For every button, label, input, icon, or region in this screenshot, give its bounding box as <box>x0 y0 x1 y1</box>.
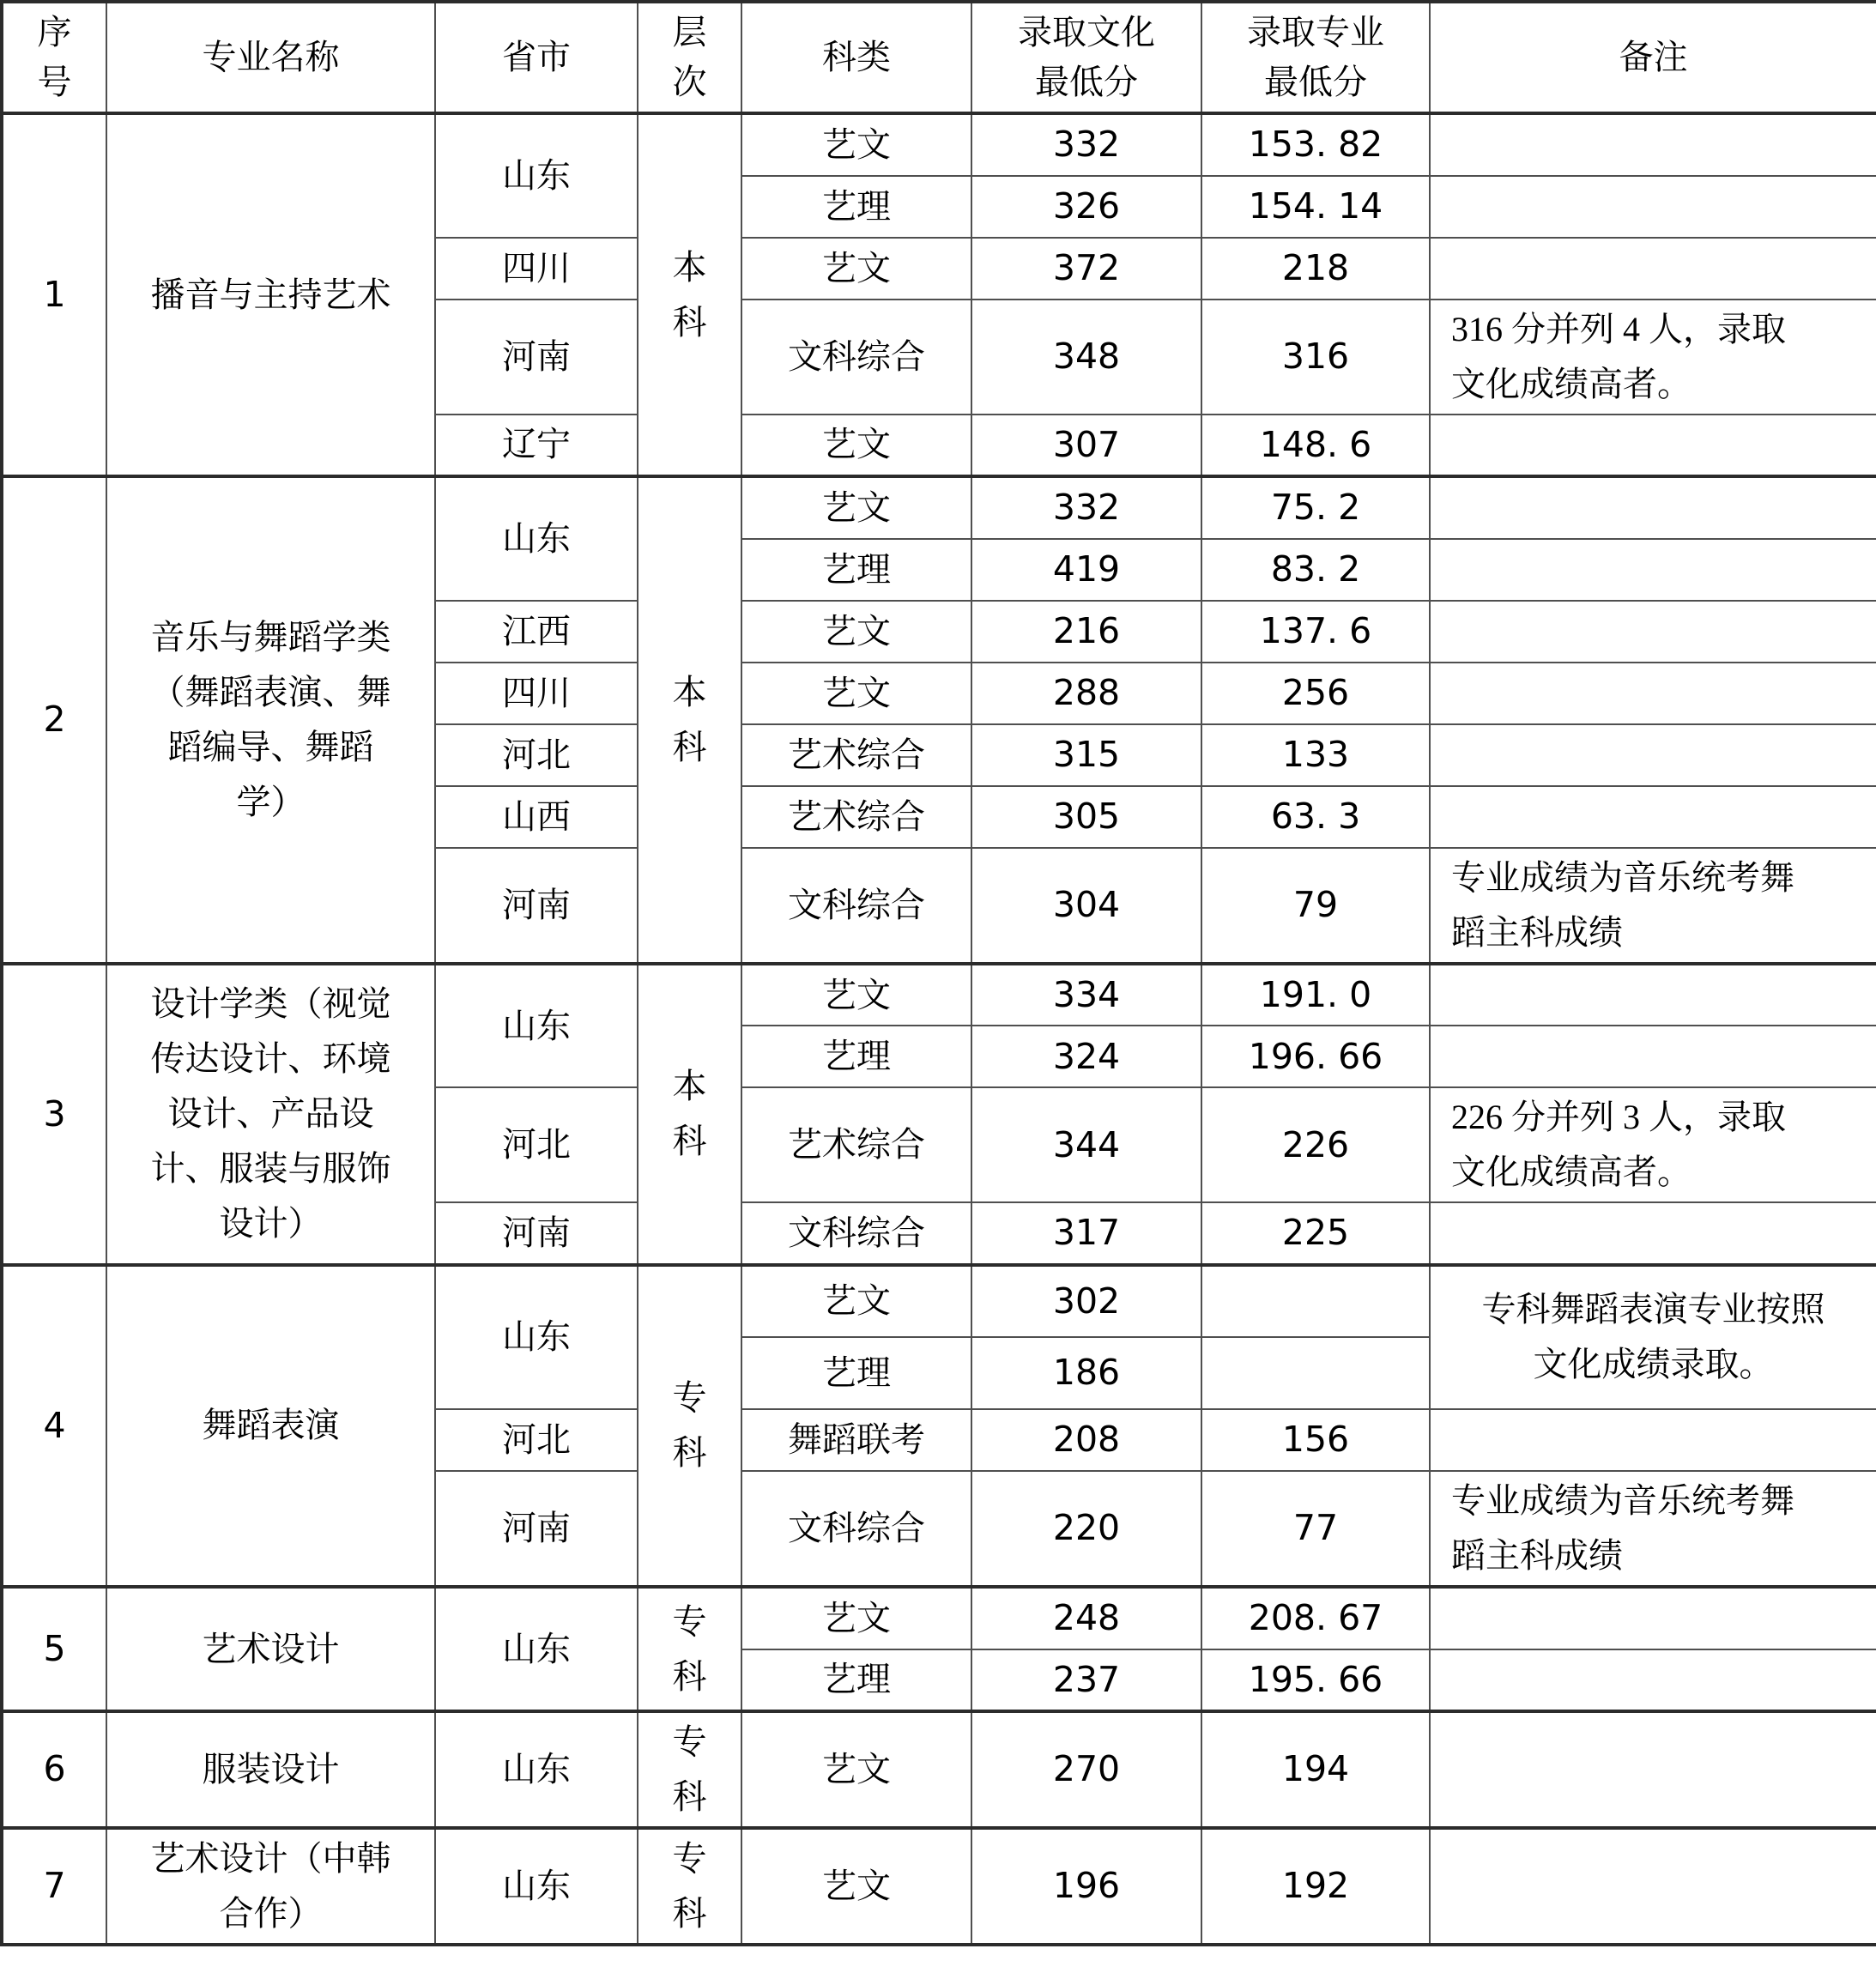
table-row: 2 音乐与舞蹈学类 （舞蹈表演、舞 蹈编导、舞蹈 学） 山东 本 科 艺文 33… <box>2 476 1876 539</box>
major-min-score-cell: 156 <box>1201 1409 1430 1471</box>
remark-cell <box>1430 1202 1876 1265</box>
major-min-score-cell: 208. 67 <box>1201 1587 1430 1649</box>
remark-cell <box>1430 786 1876 848</box>
major-min-score-cell: 316 <box>1201 300 1430 415</box>
subject-category-cell: 艺术综合 <box>741 1087 971 1202</box>
remark-cell <box>1430 964 1876 1026</box>
table-header-row: 序 号 专业名称 省市 层 次 科类 录取文化 最低分 录取专业 最低分 备注 <box>2 2 1876 113</box>
culture-min-score-cell: 326 <box>971 176 1201 238</box>
culture-min-score-cell: 305 <box>971 786 1201 848</box>
level-cell: 本 科 <box>638 476 741 964</box>
remark-cell <box>1430 176 1876 238</box>
major-min-score-cell: 83. 2 <box>1201 539 1430 601</box>
subject-category-cell: 艺文 <box>741 238 971 300</box>
table-row: 3 设计学类（视觉 传达设计、环境 设计、产品设 计、服装与服饰 设计） 山东 … <box>2 964 1876 1026</box>
subject-category-cell: 艺文 <box>741 1587 971 1649</box>
province-cell: 山东 <box>435 476 638 601</box>
province-cell: 山东 <box>435 1711 638 1828</box>
major-min-score-cell: 79 <box>1201 848 1430 964</box>
remark-cell: 专科舞蹈表演专业按照 文化成绩录取。 <box>1430 1265 1876 1409</box>
subject-category-cell: 艺文 <box>741 113 971 176</box>
major-min-score-cell: 133 <box>1201 724 1430 786</box>
province-cell: 辽宁 <box>435 415 638 477</box>
major-min-score-cell <box>1201 1265 1430 1337</box>
remark-cell <box>1430 1409 1876 1471</box>
province-cell: 山西 <box>435 786 638 848</box>
major-min-score-cell <box>1201 1337 1430 1409</box>
major-min-score-cell: 75. 2 <box>1201 476 1430 539</box>
culture-min-score-cell: 220 <box>971 1471 1201 1587</box>
major-min-score-cell: 63. 3 <box>1201 786 1430 848</box>
seq-cell: 4 <box>2 1265 106 1587</box>
culture-min-score-cell: 419 <box>971 539 1201 601</box>
seq-cell: 2 <box>2 476 106 964</box>
culture-min-score-cell: 196 <box>971 1828 1201 1945</box>
major-min-score-cell: 154. 14 <box>1201 176 1430 238</box>
remark-cell: 专业成绩为音乐统考舞 蹈主科成绩 <box>1430 1471 1876 1587</box>
province-cell: 山东 <box>435 1265 638 1409</box>
province-cell: 江西 <box>435 601 638 663</box>
subject-category-cell: 文科综合 <box>741 1471 971 1587</box>
seq-cell: 3 <box>2 964 106 1265</box>
admission-scores-table: 序 号 专业名称 省市 层 次 科类 录取文化 最低分 录取专业 最低分 备注 … <box>0 0 1876 1946</box>
major-name-cell: 播音与主持艺术 <box>106 113 435 476</box>
major-name-cell: 舞蹈表演 <box>106 1265 435 1587</box>
header-major-min-score: 录取专业 最低分 <box>1201 2 1430 113</box>
remark-cell: 226 分并列 3 人，录取 文化成绩高者。 <box>1430 1087 1876 1202</box>
major-name-cell: 服装设计 <box>106 1711 435 1828</box>
remark-cell <box>1430 113 1876 176</box>
major-min-score-cell: 256 <box>1201 663 1430 724</box>
province-cell: 山东 <box>435 1587 638 1711</box>
major-name-cell: 音乐与舞蹈学类 （舞蹈表演、舞 蹈编导、舞蹈 学） <box>106 476 435 964</box>
province-cell: 河南 <box>435 300 638 415</box>
major-name-cell: 艺术设计（中韩 合作） <box>106 1828 435 1945</box>
remark-cell <box>1430 476 1876 539</box>
level-cell: 本 科 <box>638 113 741 476</box>
level-cell: 本 科 <box>638 964 741 1265</box>
level-cell: 专 科 <box>638 1265 741 1587</box>
major-min-score-cell: 77 <box>1201 1471 1430 1587</box>
major-name-cell: 设计学类（视觉 传达设计、环境 设计、产品设 计、服装与服饰 设计） <box>106 964 435 1265</box>
header-seq: 序 号 <box>2 2 106 113</box>
culture-min-score-cell: 332 <box>971 113 1201 176</box>
remark-cell: 专业成绩为音乐统考舞 蹈主科成绩 <box>1430 848 1876 964</box>
subject-category-cell: 文科综合 <box>741 300 971 415</box>
province-cell: 四川 <box>435 663 638 724</box>
culture-min-score-cell: 270 <box>971 1711 1201 1828</box>
subject-category-cell: 艺文 <box>741 1828 971 1945</box>
subject-category-cell: 艺理 <box>741 539 971 601</box>
table-row: 7 艺术设计（中韩 合作） 山东 专 科 艺文 196 192 <box>2 1828 1876 1945</box>
table-row: 5 艺术设计 山东 专 科 艺文 248 208. 67 <box>2 1587 1876 1649</box>
culture-min-score-cell: 344 <box>971 1087 1201 1202</box>
culture-min-score-cell: 288 <box>971 663 1201 724</box>
culture-min-score-cell: 307 <box>971 415 1201 477</box>
subject-category-cell: 舞蹈联考 <box>741 1409 971 1471</box>
major-min-score-cell: 192 <box>1201 1828 1430 1945</box>
subject-category-cell: 艺文 <box>741 1711 971 1828</box>
culture-min-score-cell: 324 <box>971 1026 1201 1087</box>
major-min-score-cell: 225 <box>1201 1202 1430 1265</box>
subject-category-cell: 艺理 <box>741 1649 971 1712</box>
subject-category-cell: 艺术综合 <box>741 724 971 786</box>
culture-min-score-cell: 208 <box>971 1409 1201 1471</box>
seq-cell: 5 <box>2 1587 106 1711</box>
province-cell: 河南 <box>435 1202 638 1265</box>
header-culture-min-score: 录取文化 最低分 <box>971 2 1201 113</box>
seq-cell: 7 <box>2 1828 106 1945</box>
subject-category-cell: 文科综合 <box>741 848 971 964</box>
province-cell: 河北 <box>435 724 638 786</box>
remark-cell <box>1430 1587 1876 1649</box>
culture-min-score-cell: 237 <box>971 1649 1201 1712</box>
province-cell: 河南 <box>435 1471 638 1587</box>
subject-category-cell: 艺文 <box>741 964 971 1026</box>
province-cell: 山东 <box>435 113 638 238</box>
subject-category-cell: 艺理 <box>741 176 971 238</box>
culture-min-score-cell: 304 <box>971 848 1201 964</box>
level-cell: 专 科 <box>638 1828 741 1945</box>
major-min-score-cell: 196. 66 <box>1201 1026 1430 1087</box>
culture-min-score-cell: 372 <box>971 238 1201 300</box>
culture-min-score-cell: 186 <box>971 1337 1201 1409</box>
subject-category-cell: 艺文 <box>741 663 971 724</box>
header-subject-category: 科类 <box>741 2 971 113</box>
header-major-name: 专业名称 <box>106 2 435 113</box>
subject-category-cell: 艺理 <box>741 1026 971 1087</box>
document-page: 序 号 专业名称 省市 层 次 科类 录取文化 最低分 录取专业 最低分 备注 … <box>0 0 1876 1979</box>
subject-category-cell: 文科综合 <box>741 1202 971 1265</box>
culture-min-score-cell: 334 <box>971 964 1201 1026</box>
subject-category-cell: 艺术综合 <box>741 786 971 848</box>
level-cell: 专 科 <box>638 1587 741 1711</box>
culture-min-score-cell: 332 <box>971 476 1201 539</box>
province-cell: 四川 <box>435 238 638 300</box>
remark-cell <box>1430 415 1876 477</box>
remark-cell <box>1430 1649 1876 1712</box>
province-cell: 山东 <box>435 964 638 1088</box>
major-min-score-cell: 153. 82 <box>1201 113 1430 176</box>
major-min-score-cell: 148. 6 <box>1201 415 1430 477</box>
culture-min-score-cell: 216 <box>971 601 1201 663</box>
remark-cell <box>1430 1026 1876 1087</box>
remark-cell <box>1430 1711 1876 1828</box>
remark-cell: 316 分并列 4 人，录取 文化成绩高者。 <box>1430 300 1876 415</box>
seq-cell: 6 <box>2 1711 106 1828</box>
major-min-score-cell: 194 <box>1201 1711 1430 1828</box>
province-cell: 山东 <box>435 1828 638 1945</box>
level-cell: 专 科 <box>638 1711 741 1828</box>
subject-category-cell: 艺文 <box>741 476 971 539</box>
remark-cell <box>1430 1828 1876 1945</box>
table-row: 4 舞蹈表演 山东 专 科 艺文 302 专科舞蹈表演专业按照 文化成绩录取。 <box>2 1265 1876 1337</box>
culture-min-score-cell: 248 <box>971 1587 1201 1649</box>
culture-min-score-cell: 317 <box>971 1202 1201 1265</box>
culture-min-score-cell: 315 <box>971 724 1201 786</box>
major-min-score-cell: 137. 6 <box>1201 601 1430 663</box>
subject-category-cell: 艺文 <box>741 1265 971 1337</box>
header-province: 省市 <box>435 2 638 113</box>
province-cell: 河南 <box>435 848 638 964</box>
remark-cell <box>1430 601 1876 663</box>
major-min-score-cell: 226 <box>1201 1087 1430 1202</box>
culture-min-score-cell: 348 <box>971 300 1201 415</box>
culture-min-score-cell: 302 <box>971 1265 1201 1337</box>
table-row: 1 播音与主持艺术 山东 本 科 艺文 332 153. 82 <box>2 113 1876 176</box>
major-min-score-cell: 191. 0 <box>1201 964 1430 1026</box>
province-cell: 河北 <box>435 1409 638 1471</box>
header-remark: 备注 <box>1430 2 1876 113</box>
major-min-score-cell: 218 <box>1201 238 1430 300</box>
province-cell: 河北 <box>435 1087 638 1202</box>
table-row: 6 服装设计 山东 专 科 艺文 270 194 <box>2 1711 1876 1828</box>
remark-cell <box>1430 539 1876 601</box>
header-level: 层 次 <box>638 2 741 113</box>
subject-category-cell: 艺理 <box>741 1337 971 1409</box>
subject-category-cell: 艺文 <box>741 415 971 477</box>
major-name-cell: 艺术设计 <box>106 1587 435 1711</box>
remark-cell <box>1430 724 1876 786</box>
major-min-score-cell: 195. 66 <box>1201 1649 1430 1712</box>
seq-cell: 1 <box>2 113 106 476</box>
subject-category-cell: 艺文 <box>741 601 971 663</box>
remark-cell <box>1430 238 1876 300</box>
remark-cell <box>1430 663 1876 724</box>
